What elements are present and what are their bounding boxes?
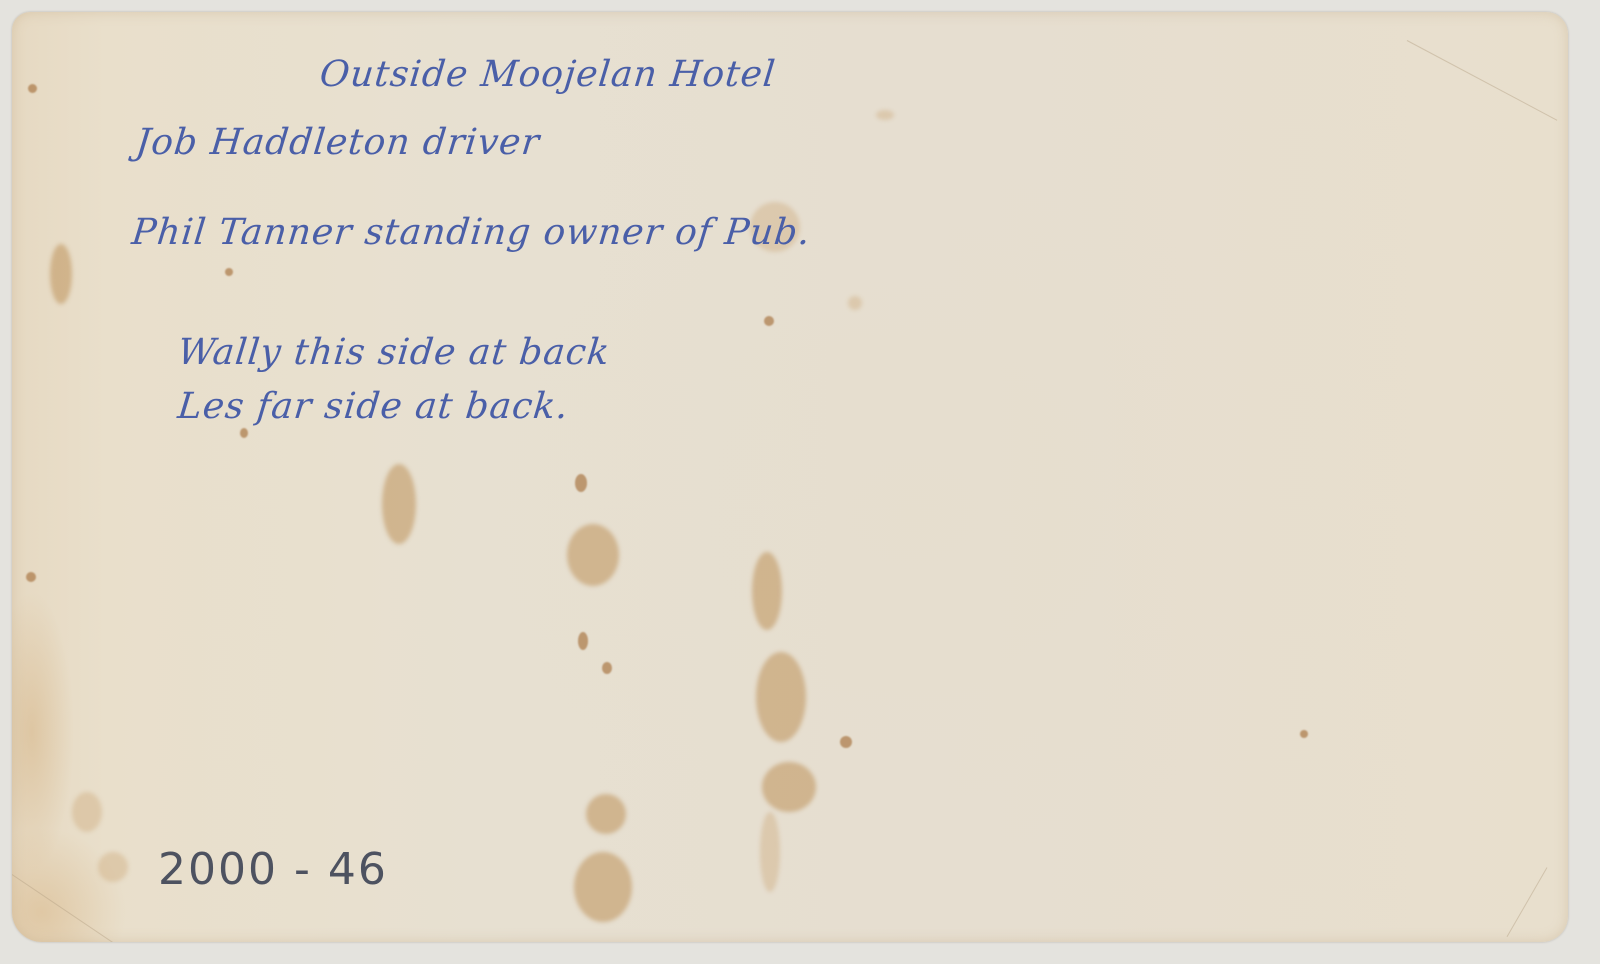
stain [26,572,36,582]
photo-back-card: Outside Moojelan Hotel Job Haddleton dri… [12,12,1568,942]
stain [98,852,128,882]
caption-line-driver: Job Haddleton driver [134,122,542,163]
catalog-number: 2000 - 46 [158,844,388,895]
stain [760,812,780,892]
stain [1300,730,1308,738]
caption-line-les: Les far side at back. [176,386,571,427]
stain [50,244,72,304]
stain [382,464,416,544]
stain [28,84,37,93]
stain [876,110,894,120]
stain [602,662,612,674]
crease-bottom-right [1507,867,1548,937]
crease-top-right [1407,40,1558,121]
stain [72,792,102,832]
stain [225,268,233,276]
caption-line-wally: Wally this side at back [176,332,612,373]
stain [762,762,816,812]
stain [586,794,626,834]
stain [756,652,806,742]
stain [240,428,248,438]
stain [848,296,862,310]
stain [567,524,619,586]
crease-bottom-left [12,874,120,942]
stain [752,552,782,630]
stain [574,852,632,922]
stain [764,316,774,326]
stain [840,736,852,748]
stain [578,632,588,650]
stain [575,474,587,492]
caption-line-location: Outside Moojelan Hotel [318,54,778,95]
caption-line-owner: Phil Tanner standing owner of Pub. [130,212,813,253]
